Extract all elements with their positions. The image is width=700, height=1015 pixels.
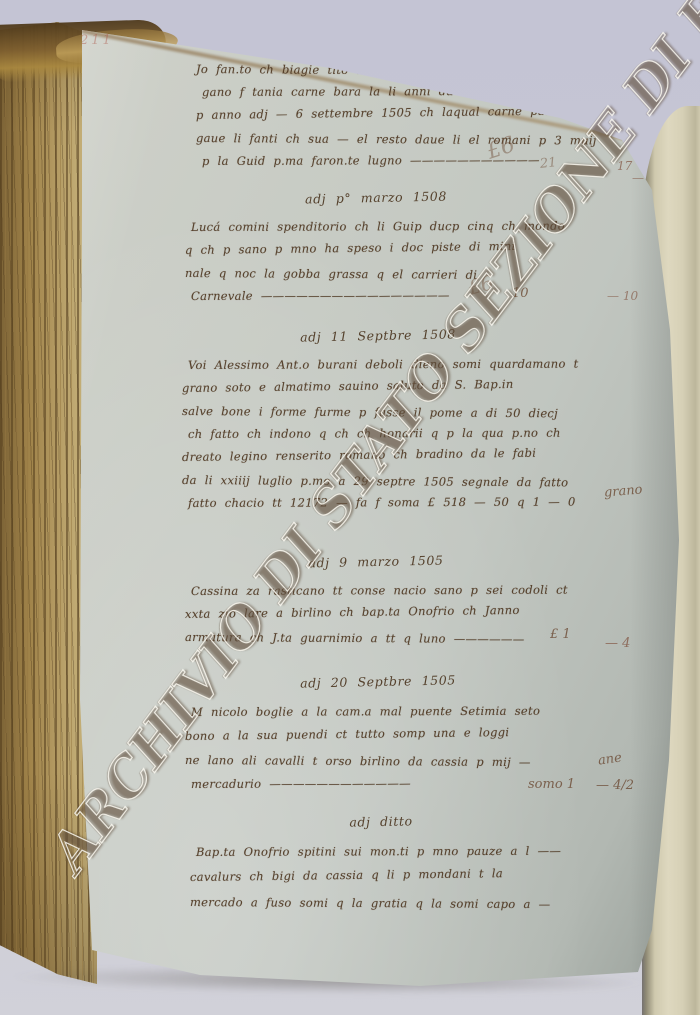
entry-date-heading: adj ditto [190, 810, 572, 833]
ledger-entry-2: adj p° marzo 1508 Lucá comini spenditori… [185, 190, 567, 308]
margin-soma: somo 1 [528, 777, 575, 792]
entry-line: grano soto e almatimo sauino saluto da S… [182, 372, 574, 400]
margin-amount: 21 [539, 155, 557, 172]
margin-note: ane [597, 750, 623, 768]
entry-date-heading: adj 9 marzo 1505 [185, 550, 567, 573]
ledger-entry-3: adj 11 Septbre 1508 Voi Alessimo Ant.o b… [182, 328, 574, 515]
margin-column-number: 17 [617, 159, 632, 173]
margin-note-grano: grano [603, 482, 643, 500]
folio-number: 211 [80, 33, 114, 48]
entry-line: cavalurs ch bigi da cassia q li p mondan… [190, 860, 572, 890]
entry-line: bono a la sua puendi ct tutto somp una e… [185, 719, 571, 748]
manuscript-page: 211 Jo fan.to ch biagie tito monimia ana… [0, 0, 700, 1015]
entry-date-heading: adj 11 Septbre 1508 [182, 324, 574, 347]
archive-photo: 211 Jo fan.to ch biagie tito monimia ana… [0, 0, 700, 1015]
entry-line: mercado a fuso somi q la gratia q la som… [190, 890, 572, 917]
entry-date-heading: adj 20 Septbre 1505 [185, 670, 571, 693]
entry-line: q ch p sano p mno ha speso i doc piste d… [185, 234, 567, 262]
entry-line: fatto chacio tt 12172 — fa f soma £ 518 … [188, 491, 580, 515]
ledger-entry-6: adj ditto Bap.ta Onofrio spitini sui mon… [190, 814, 572, 915]
entry-line: dreato legino renserito romano ch bradin… [182, 441, 574, 469]
margin-column-number: — 4 [605, 636, 630, 651]
ledger-entry-5: adj 20 Septbre 1505 M nicolo boglie a la… [185, 674, 571, 796]
entry-line: mercadurio ———————————— [191, 771, 577, 796]
margin-amount: 10 [512, 286, 529, 301]
entry-date-heading: adj p° marzo 1508 [185, 186, 567, 209]
entry-line: gano f tania carne bara la li anni da di… [202, 80, 574, 104]
entry-line: armatura ch J.ta guarnimio a tt q luno —… [185, 626, 567, 651]
entry-line: p la Guid p.ma faron.te lugno ——————————… [202, 149, 574, 173]
margin-amount: £ 1 [550, 627, 571, 642]
margin-column-number: — 4/2 [596, 778, 634, 793]
margin-column-number: — 10 [607, 289, 638, 303]
entry-line: xxta zio lare a birlino ch bap.ta Onofri… [185, 598, 567, 626]
ledger-entry-4: adj 9 marzo 1505 Cassina za rasticano tt… [185, 554, 567, 649]
entry-line: p anno adj — 6 settembre 1505 ch laqual … [196, 99, 568, 127]
